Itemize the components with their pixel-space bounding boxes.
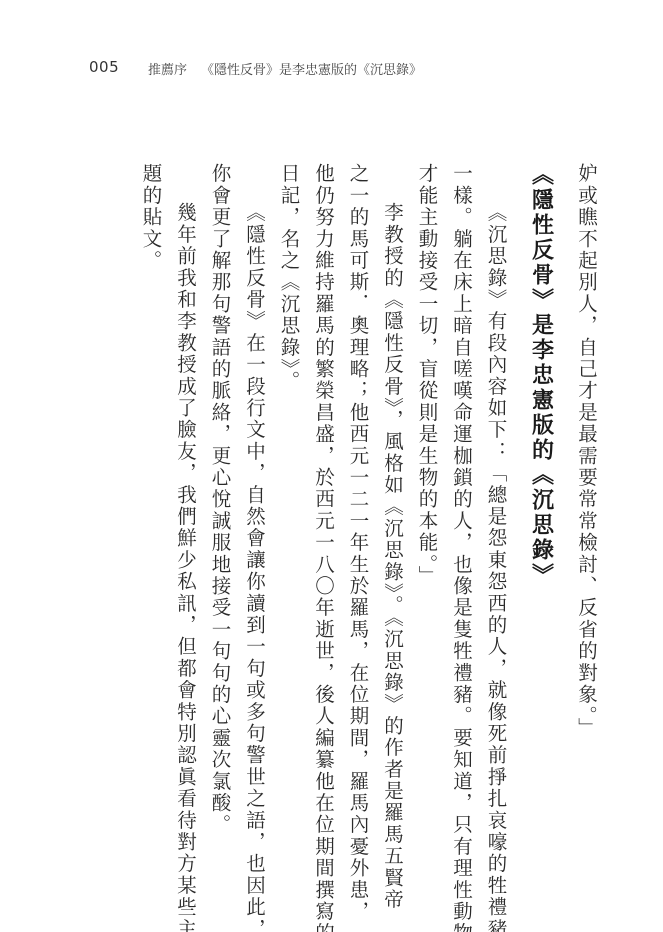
text-column: 題的貼文。: [133, 163, 168, 893]
running-title: 推薦序《隱性反骨》是李忠憲版的《沉思錄》: [148, 59, 436, 78]
page-number: 005: [89, 58, 119, 76]
text-column: 他仍努力維持羅馬的繁榮昌盛，於西元一八〇年逝世，後人編纂他在位期間撰寫的: [306, 163, 341, 893]
paragraph-start-column: 幾年前我和李教授成了臉友，我們鮮少私訊，但都會特別認眞看待對方某些主: [168, 202, 203, 893]
text-column: 之一的馬可斯．奧理略；他西元一二一年生於羅馬，在位期間，羅馬內憂外患，: [340, 163, 375, 893]
section-heading: 《隱性反骨》是李忠憲版的《沉思錄》: [513, 163, 569, 893]
text-column: 日記，名之《沉思錄》。: [271, 163, 306, 893]
vertical-body-text: 妒或瞧不起別人，自己才是最需要常常檢討、反省的對象。」 《隱性反骨》是李忠憲版的…: [133, 163, 603, 893]
section-label: 推薦序: [148, 63, 187, 78]
text-column: 才能主動接受一切，盲從則是生物的本能。」: [409, 163, 444, 893]
paragraph-start-column: 李教授的《隱性反骨》，風格如《沉思錄》。《沉思錄》的作者是羅馬五賢帝: [375, 202, 410, 893]
chapter-title: 《隱性反骨》是李忠憲版的《沉思錄》: [201, 63, 422, 78]
text-column: 一樣。躺在床上暗自嗟嘆命運枷鎖的人，也像是隻牲禮豬。要知道，只有理性動物: [444, 163, 479, 893]
text-column: 你會更了解那句警語的脈絡，更心悅誠服地接受一句句的心靈次氯酸。: [202, 163, 237, 893]
paragraph-start-column: 《隱性反骨》在一段行文中，自然會讓你讀到一句或多句警世之語，也因此，: [237, 202, 272, 893]
text-column: 《沉思錄》有段內容如下：「總是怨東怨西的人，就像死前掙扎哀嚎的牲禮豬: [478, 202, 513, 893]
text-column: 妒或瞧不起別人，自己才是最需要常常檢討、反省的對象。」: [569, 163, 604, 893]
